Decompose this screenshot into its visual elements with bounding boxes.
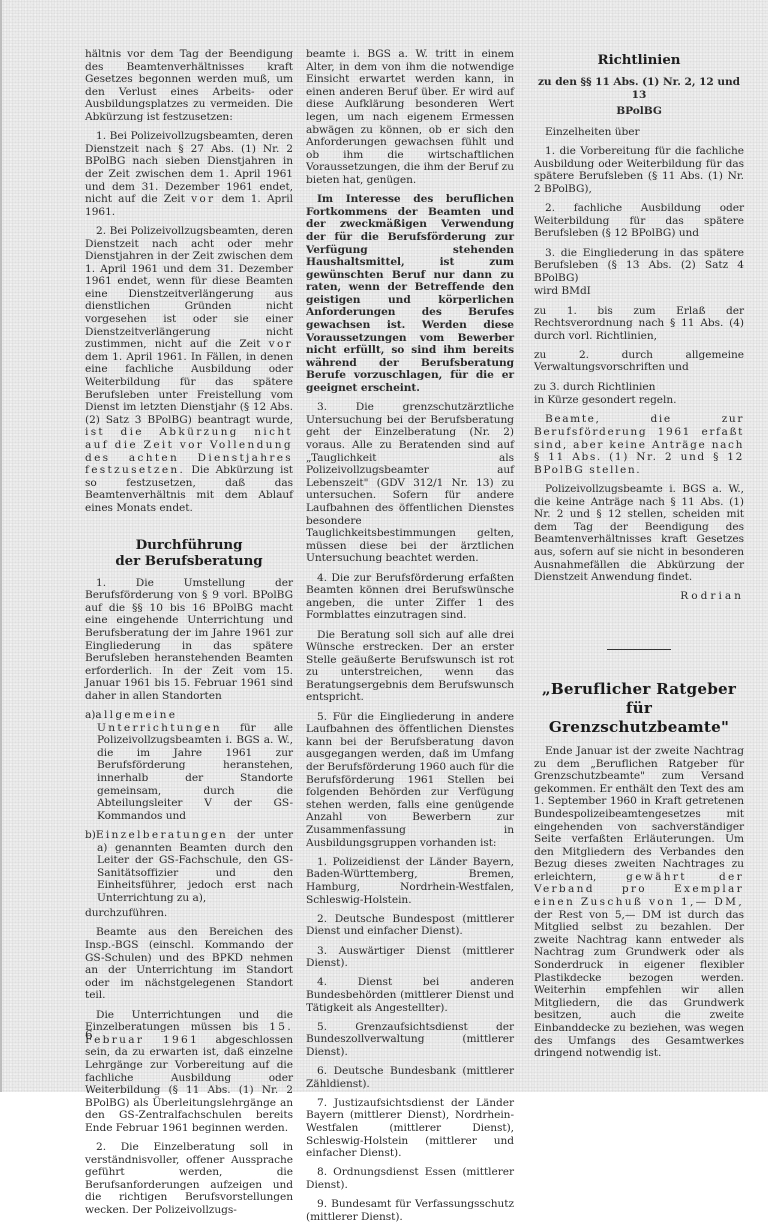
list-item-b: b)Einzelberatungen der unter a) genannte… xyxy=(85,829,293,905)
list-item: 3. Auswärtiger Dienst (mittlerer Dienst)… xyxy=(306,945,514,970)
paragraph: Ende Januar ist der zweite Nachtrag zu d… xyxy=(534,745,744,1060)
list-item: zu 2. durch allgemeine Verwaltungsvorsch… xyxy=(534,349,744,374)
paragraph: Die Beratung soll sich auf alle drei Wün… xyxy=(306,629,514,705)
subheading-line: zu den §§ 11 Abs. (1) Nr. 2, 12 und 13 xyxy=(534,76,744,102)
text: Ende Januar ist der zweite Nachtrag zu d… xyxy=(534,745,744,883)
list-item: 3. die Eingliederung in das spätere Beru… xyxy=(534,247,744,285)
paragraph: durchzuführen. xyxy=(85,907,293,920)
list-item: 2. fachliche Ausbildung oder Weiterbildu… xyxy=(534,202,744,240)
spaced-text: allgemeine Unterrichtungen xyxy=(95,709,221,734)
heading-line: Durchführung xyxy=(85,537,293,553)
paragraph: 5. Für die Eingliederung in andere Laufb… xyxy=(306,711,514,850)
column-middle: beamte i. BGS a. W. tritt in einem Alter… xyxy=(306,48,514,1100)
spaced-text: Einzelberatungen xyxy=(96,829,228,841)
paragraph: Polizeivollzugsbeamte i. BGS a. W., die … xyxy=(534,483,744,584)
column-right: Richtlinien zu den §§ 11 Abs. (1) Nr. 2,… xyxy=(534,52,744,1066)
text: für alle Polizeivollzugsbeamten i. BGS a… xyxy=(97,722,293,822)
section-heading: Richtlinien xyxy=(534,52,744,68)
page-number: 6 xyxy=(85,1028,93,1042)
article-heading: „Beruflicher Ratgeber für Grenzschutzbea… xyxy=(534,680,744,737)
heading-line: „Beruflicher Ratgeber xyxy=(534,680,744,699)
heading-line: für Grenzschutzbeamte" xyxy=(534,699,744,737)
scanned-page: hältnis vor dem Tag der Beendigung des B… xyxy=(0,0,768,1092)
paragraph: beamte i. BGS a. W. tritt in einem Alter… xyxy=(306,48,514,187)
paragraph: in Kürze gesondert regeln. xyxy=(534,394,744,407)
divider xyxy=(607,649,671,650)
text: 2. Bei Polizeivollzugsbeamten, deren Die… xyxy=(85,225,293,350)
paragraph: wird BMdI xyxy=(534,285,744,298)
text: der Rest von 5,— DM ist durch das Mitgli… xyxy=(534,909,744,1060)
subheading-line: BPolBG xyxy=(534,105,744,118)
spaced-text: vor xyxy=(191,193,215,205)
section-heading: Durchführung der Berufsberatung xyxy=(85,537,293,569)
paragraph: 4. Die zur Berufsförderung erfaßten Beam… xyxy=(306,572,514,622)
heading-line: der Berufsberatung xyxy=(85,553,293,569)
list-marker: b) xyxy=(85,829,96,841)
paragraph: 3. Die grenzschutzärztliche Untersuchung… xyxy=(306,401,514,565)
column-left: hältnis vor dem Tag der Beendigung des B… xyxy=(85,48,293,1100)
section-subheading: zu den §§ 11 Abs. (1) Nr. 2, 12 und 13 B… xyxy=(534,76,744,118)
list-item: zu 3. durch Richtlinien xyxy=(534,381,744,394)
text: dem 1. April 1961. In Fällen, in denen e… xyxy=(85,351,293,426)
list-marker: a) xyxy=(85,709,95,721)
list-item: 2. Deutsche Bundespost (mittlerer Dienst… xyxy=(306,913,514,938)
list-item: 4. Dienst bei anderen Bundesbehörden (mi… xyxy=(306,976,514,1014)
paragraph: Die Unterrichtungen und die Einzelberatu… xyxy=(85,1009,293,1100)
text: Die Unterrichtungen und die Einzelberatu… xyxy=(85,1009,293,1034)
list-item: zu 1. bis zum Erlaß der Rechtsverordnung… xyxy=(534,305,744,343)
paragraph: 1. Die Umstellung der Berufsförderung vo… xyxy=(85,577,293,703)
list-item-a: a)allgemeine Unterrichtungen für alle Po… xyxy=(85,709,293,822)
paragraph: Einzelheiten über xyxy=(534,126,744,139)
list-item: 1. Polizeidienst der Länder Bayern, Bade… xyxy=(306,856,514,906)
paragraph: hältnis vor dem Tag der Beendigung des B… xyxy=(85,48,293,124)
list-item: 5. Grenzaufsichtsdienst der Bundeszollve… xyxy=(306,1021,514,1059)
spaced-paragraph: Beamte, die zur Berufsförderung 1961 erf… xyxy=(534,413,744,476)
signature: Rodrian xyxy=(534,590,744,603)
bold-paragraph: Im Interesse des beruflichen Fortkommens… xyxy=(306,193,514,395)
paragraph: 2. Bei Polizeivollzugsbeamten, deren Die… xyxy=(85,225,293,515)
paragraph: 1. Bei Polizeivollzugsbeamten, deren Die… xyxy=(85,130,293,218)
list-item: 1. die Vorbereitung für die fachliche Au… xyxy=(534,145,744,195)
paragraph: Beamte aus den Bereichen des Insp.-BGS (… xyxy=(85,926,293,1002)
list-item: 6. Deutsche Bundesbank (mittlerer Zähldi… xyxy=(306,1065,514,1090)
spaced-text: vor xyxy=(269,338,293,350)
